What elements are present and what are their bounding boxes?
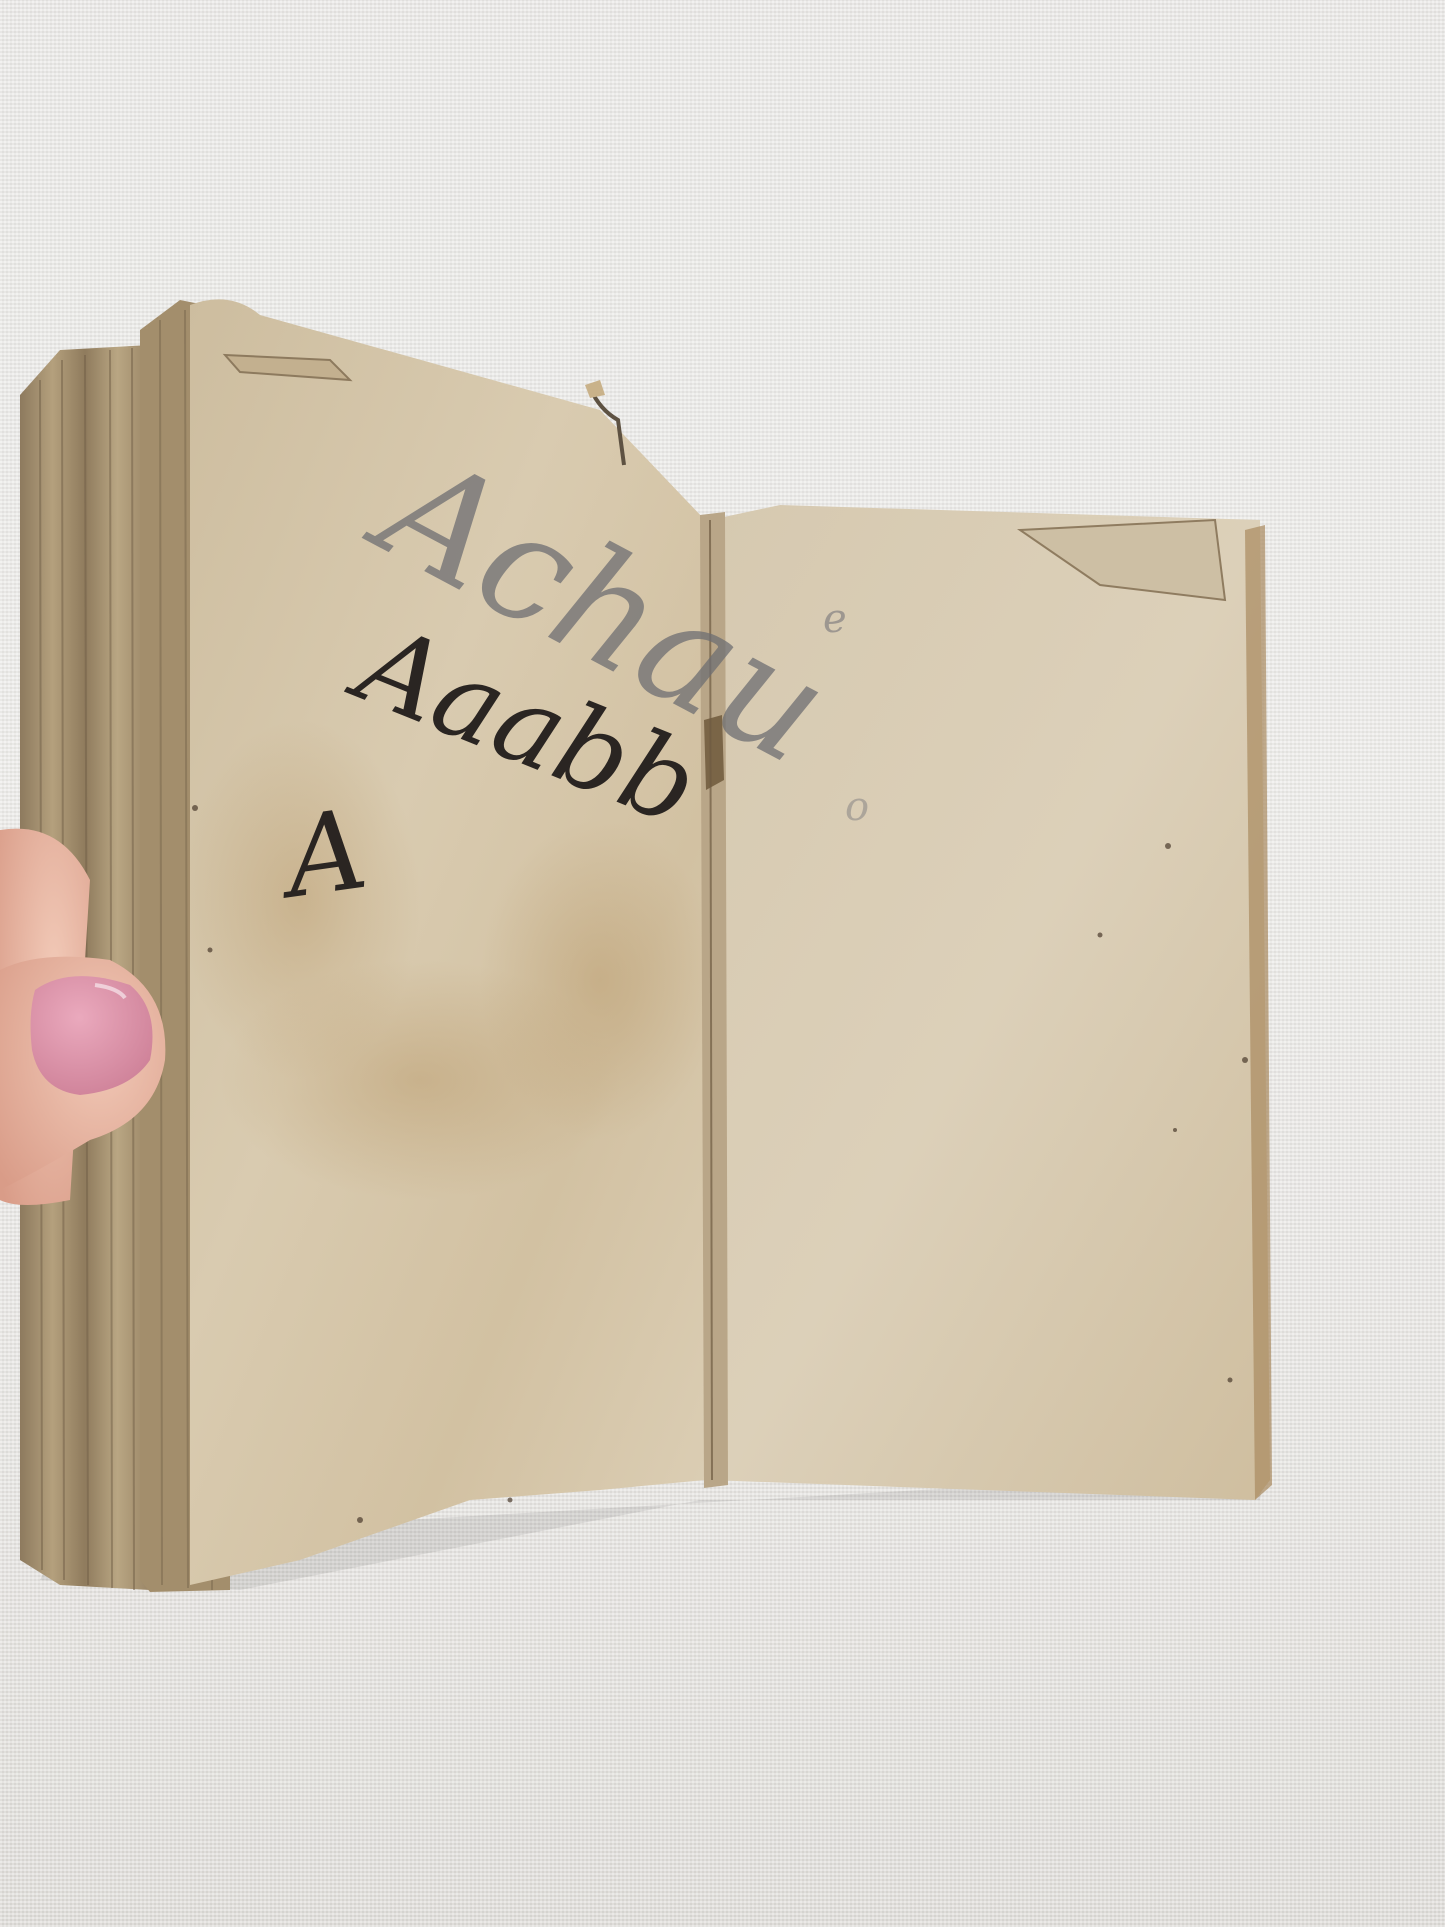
faint-mark-1: e (823, 596, 847, 642)
photo-scene: Achau Aaabb A e o (0, 0, 1445, 1927)
book-illustration: Achau Aaabb A e o (0, 0, 1445, 1927)
faint-mark-2: o (845, 784, 869, 830)
